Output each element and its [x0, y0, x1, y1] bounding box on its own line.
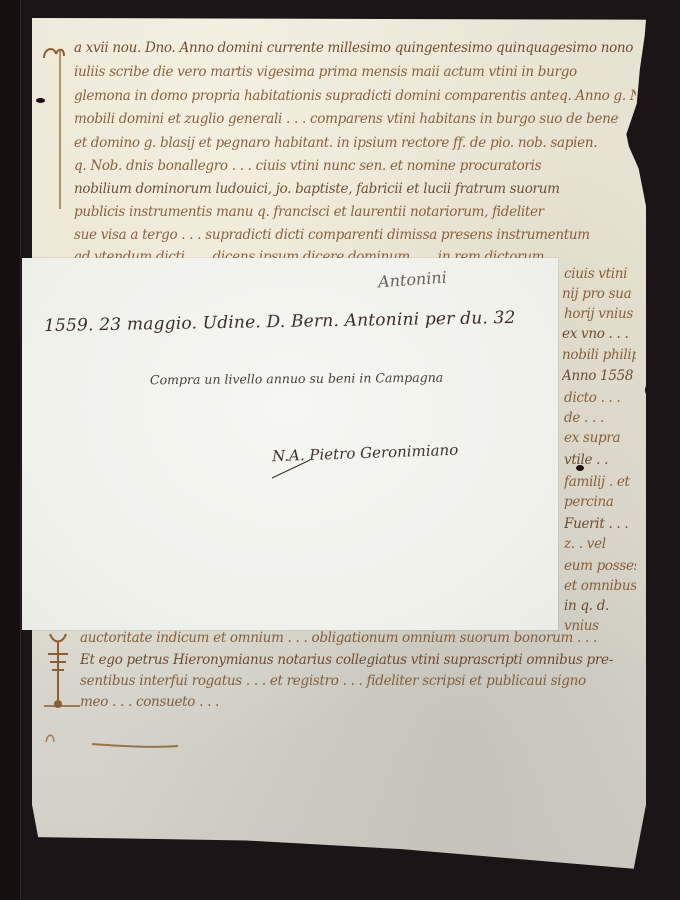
- document-viewer: a xvii nou. Dno. Anno domini currente mi…: [0, 0, 680, 900]
- manuscript-line: sentibus interfui rogatus . . . et regis…: [80, 673, 636, 693]
- manuscript-line: nobilium dominorum ludouici, jo. baptist…: [74, 181, 636, 201]
- manuscript-fragment: de . . .: [564, 410, 636, 430]
- manuscript-fragment: z. . vel: [564, 536, 636, 556]
- manuscript-line: et domino g. blasij et pegnaro habitant.…: [74, 135, 636, 155]
- manuscript-fragment: familij . et: [564, 474, 636, 494]
- manuscript-line: meo . . . consueto . . .: [80, 694, 636, 714]
- manuscript-line: glemona in domo propria habitationis sup…: [74, 88, 636, 108]
- manuscript-fragment: nij pro sua: [562, 286, 636, 306]
- manuscript-fragment: ex supra: [564, 430, 636, 450]
- closing-flourish-icon: [90, 740, 180, 750]
- manuscript-fragment: Anno 1558: [562, 368, 636, 388]
- manuscript-line: sue visa a tergo . . . supradicti dicti …: [74, 227, 636, 247]
- signature-flourish-icon: [270, 458, 340, 480]
- ink-blot: [576, 465, 584, 471]
- manuscript-fragment: Fuerit . . .: [564, 516, 636, 536]
- manuscript-fragment: nobili philip: [562, 347, 636, 367]
- manuscript-fragment: eum possessio: [564, 558, 636, 578]
- manuscript-fragment: dicto . . .: [564, 390, 636, 410]
- manuscript-fragment: et omnibus: [564, 578, 636, 598]
- archival-label-card: Antonini 1559. 23 maggio. Udine. D. Bern…: [22, 258, 558, 630]
- scan-border-strip: [0, 0, 21, 900]
- card-header-signature: Antonini: [377, 268, 447, 292]
- manuscript-fragment: ex vno . . .: [562, 326, 636, 346]
- manuscript-fragment: percina: [564, 494, 636, 514]
- manuscript-line: iuliis scribe die vero martis vigesima p…: [74, 64, 636, 84]
- ink-blot: [36, 98, 45, 103]
- manuscript-fragment: in q. d.: [564, 598, 636, 618]
- card-description-line: Compra un livello annuo su beni in Campa…: [150, 370, 443, 388]
- manuscript-fragment: horij vnius: [564, 306, 636, 326]
- manuscript-line: mobili domini et zuglio generali . . . c…: [74, 111, 636, 131]
- ink-blot: [645, 385, 650, 395]
- manuscript-fragment: ciuis vtini: [564, 266, 636, 286]
- notary-sign-icon: [40, 630, 84, 750]
- manuscript-line: Et ego petrus Hieronymianus notarius col…: [80, 652, 636, 672]
- manuscript-line: a xvii nou. Dno. Anno domini currente mi…: [74, 40, 636, 60]
- manuscript-line: q. Nob. dnis bonallegro . . . ciuis vtin…: [74, 158, 636, 178]
- manuscript-line: publicis instrumentis manu q. francisci …: [74, 204, 636, 224]
- manuscript-fragment: vtile . .: [564, 452, 636, 472]
- card-title-line: 1559. 23 maggio. Udine. D. Bern. Antonin…: [44, 308, 516, 336]
- manuscript-line: auctoritate indicum et omnium . . . obli…: [80, 630, 636, 650]
